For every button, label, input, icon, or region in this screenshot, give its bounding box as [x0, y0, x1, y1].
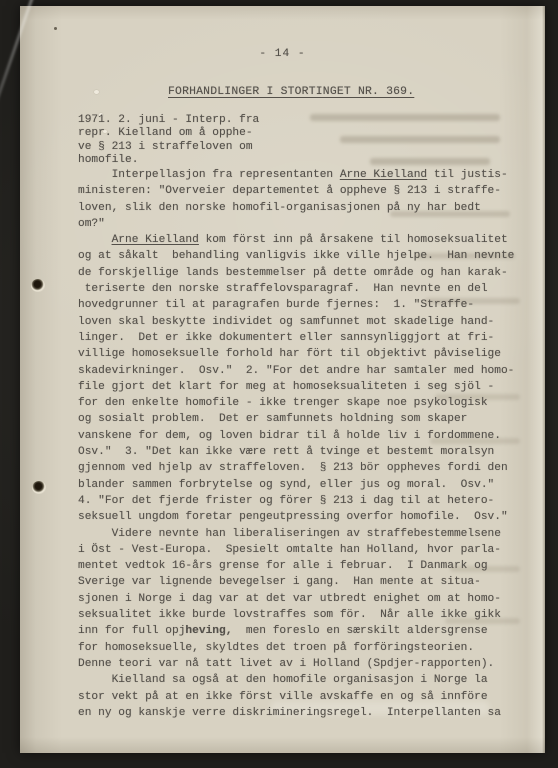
text-line: Kielland sa også at den homofile organis… [78, 672, 514, 688]
text-line: repr. Kielland om å opphe- [78, 127, 259, 140]
document-heading: FORHANDLINGER I STORTINGET NR. 369. [168, 86, 414, 98]
text-line: Osv." 3. "Det kan ikke være rett å tving… [78, 444, 514, 460]
punch-hole-bottom [32, 481, 46, 494]
text-line: homofile. [78, 154, 259, 167]
text-line: Arne Kielland kom först inn på årsakene … [78, 232, 514, 248]
text-line: og at såkalt behandling vanligvis ikke v… [78, 248, 514, 264]
punch-hole-top [31, 279, 45, 292]
text-line: Denne teori var nå tatt livet av i Holla… [78, 656, 514, 672]
document-page: - 14 - FORHANDLINGER I STORTINGET NR. 36… [20, 6, 545, 753]
paper-crease [0, 0, 37, 211]
text-line: Interpellasjon fra representanten Arne K… [78, 167, 514, 183]
text-segment: kom först inn på årsakene til homoseksua… [199, 234, 508, 246]
text-segment: til justis- [427, 169, 508, 181]
text-line: gjennom ved hjelp av straffeloven. § 213… [78, 460, 514, 476]
text-line: vanskene for dem, og loven bidrar til å … [78, 428, 514, 444]
text-segment: inn for full opj [78, 625, 185, 637]
document-body: Interpellasjon fra representanten Arne K… [78, 167, 514, 721]
text-line: for den enkelte homofile - ikke trenger … [78, 395, 514, 411]
text-segment: heving, [185, 625, 232, 637]
text-line: 4. "For det fjerde frister og förer § 21… [78, 493, 514, 509]
text-line: teriserte den norske straffelovsparagraf… [78, 281, 514, 297]
text-line: seksualitet ikke burde lovstraffes som f… [78, 607, 514, 623]
text-segment [78, 234, 112, 246]
text-line: sjonen i Norge i dag var at det var utbr… [78, 591, 514, 607]
text-line: og sosialt problem. Det er samfunnets ho… [78, 411, 514, 427]
text-line: linger. Det er ikke dokumentert eller sa… [78, 330, 514, 346]
text-line: villige homoseksuelle forhold har fört t… [78, 346, 514, 362]
bleedthrough-smudge [370, 158, 490, 165]
text-line: stor vekt på at en ikke först ville avsk… [78, 689, 514, 705]
text-line: inn for full opjheving, men foreslo en s… [78, 623, 514, 639]
text-line: om?" [78, 216, 514, 232]
page-number: - 14 - [20, 48, 545, 60]
paper-speck [94, 90, 99, 94]
text-line: de forskjellige lands bestemmelser på de… [78, 265, 514, 281]
text-segment: men foreslo en særskilt aldersgrense [232, 625, 487, 637]
text-line: hovedgrunner til at paragrafen burde fje… [78, 297, 514, 313]
text-line: en ny og kanskje verre diskrimineringsre… [78, 705, 514, 721]
text-segment: Interpellasjon fra representanten [78, 169, 340, 181]
bleedthrough-smudge [340, 136, 500, 143]
text-line: for homoseksuelle, skyldtes det troen på… [78, 640, 514, 656]
case-summary-block: 1971. 2. juni - Interp. frarepr. Kiellan… [78, 114, 259, 167]
text-line: file gjort det klart for meg at homoseks… [78, 379, 514, 395]
scanned-document-background: - 14 - FORHANDLINGER I STORTINGET NR. 36… [0, 0, 558, 768]
text-line: skadevirkninger. Osv." 2. "For det andre… [78, 363, 514, 379]
text-line: ve § 213 i straffeloven om [78, 141, 259, 154]
text-line: loven skal beskytte individet og samfunn… [78, 314, 514, 330]
text-line: blander sammen forbrytelse og synd, elle… [78, 477, 514, 493]
paper-speck [54, 27, 57, 30]
text-line: i Öst - Vest-Europa. Spesielt omtalte ha… [78, 542, 514, 558]
text-line: Videre nevnte han liberaliseringen av st… [78, 526, 514, 542]
text-line: ministeren: "Overveier departementet å o… [78, 183, 514, 199]
bleedthrough-smudge [310, 114, 500, 121]
text-line: 1971. 2. juni - Interp. fra [78, 114, 259, 127]
text-line: mentet vedtok 16-års grense for alle i f… [78, 558, 514, 574]
text-line: Sverige var lignende bevegelser i gang. … [78, 574, 514, 590]
underlined-text: Arne Kielland [112, 234, 199, 246]
underlined-text: Arne Kielland [340, 169, 427, 181]
text-line: loven, slik den norske homofil-organisas… [78, 200, 514, 216]
text-line: seksuell ungdom foretar pengeutpressing … [78, 509, 514, 525]
